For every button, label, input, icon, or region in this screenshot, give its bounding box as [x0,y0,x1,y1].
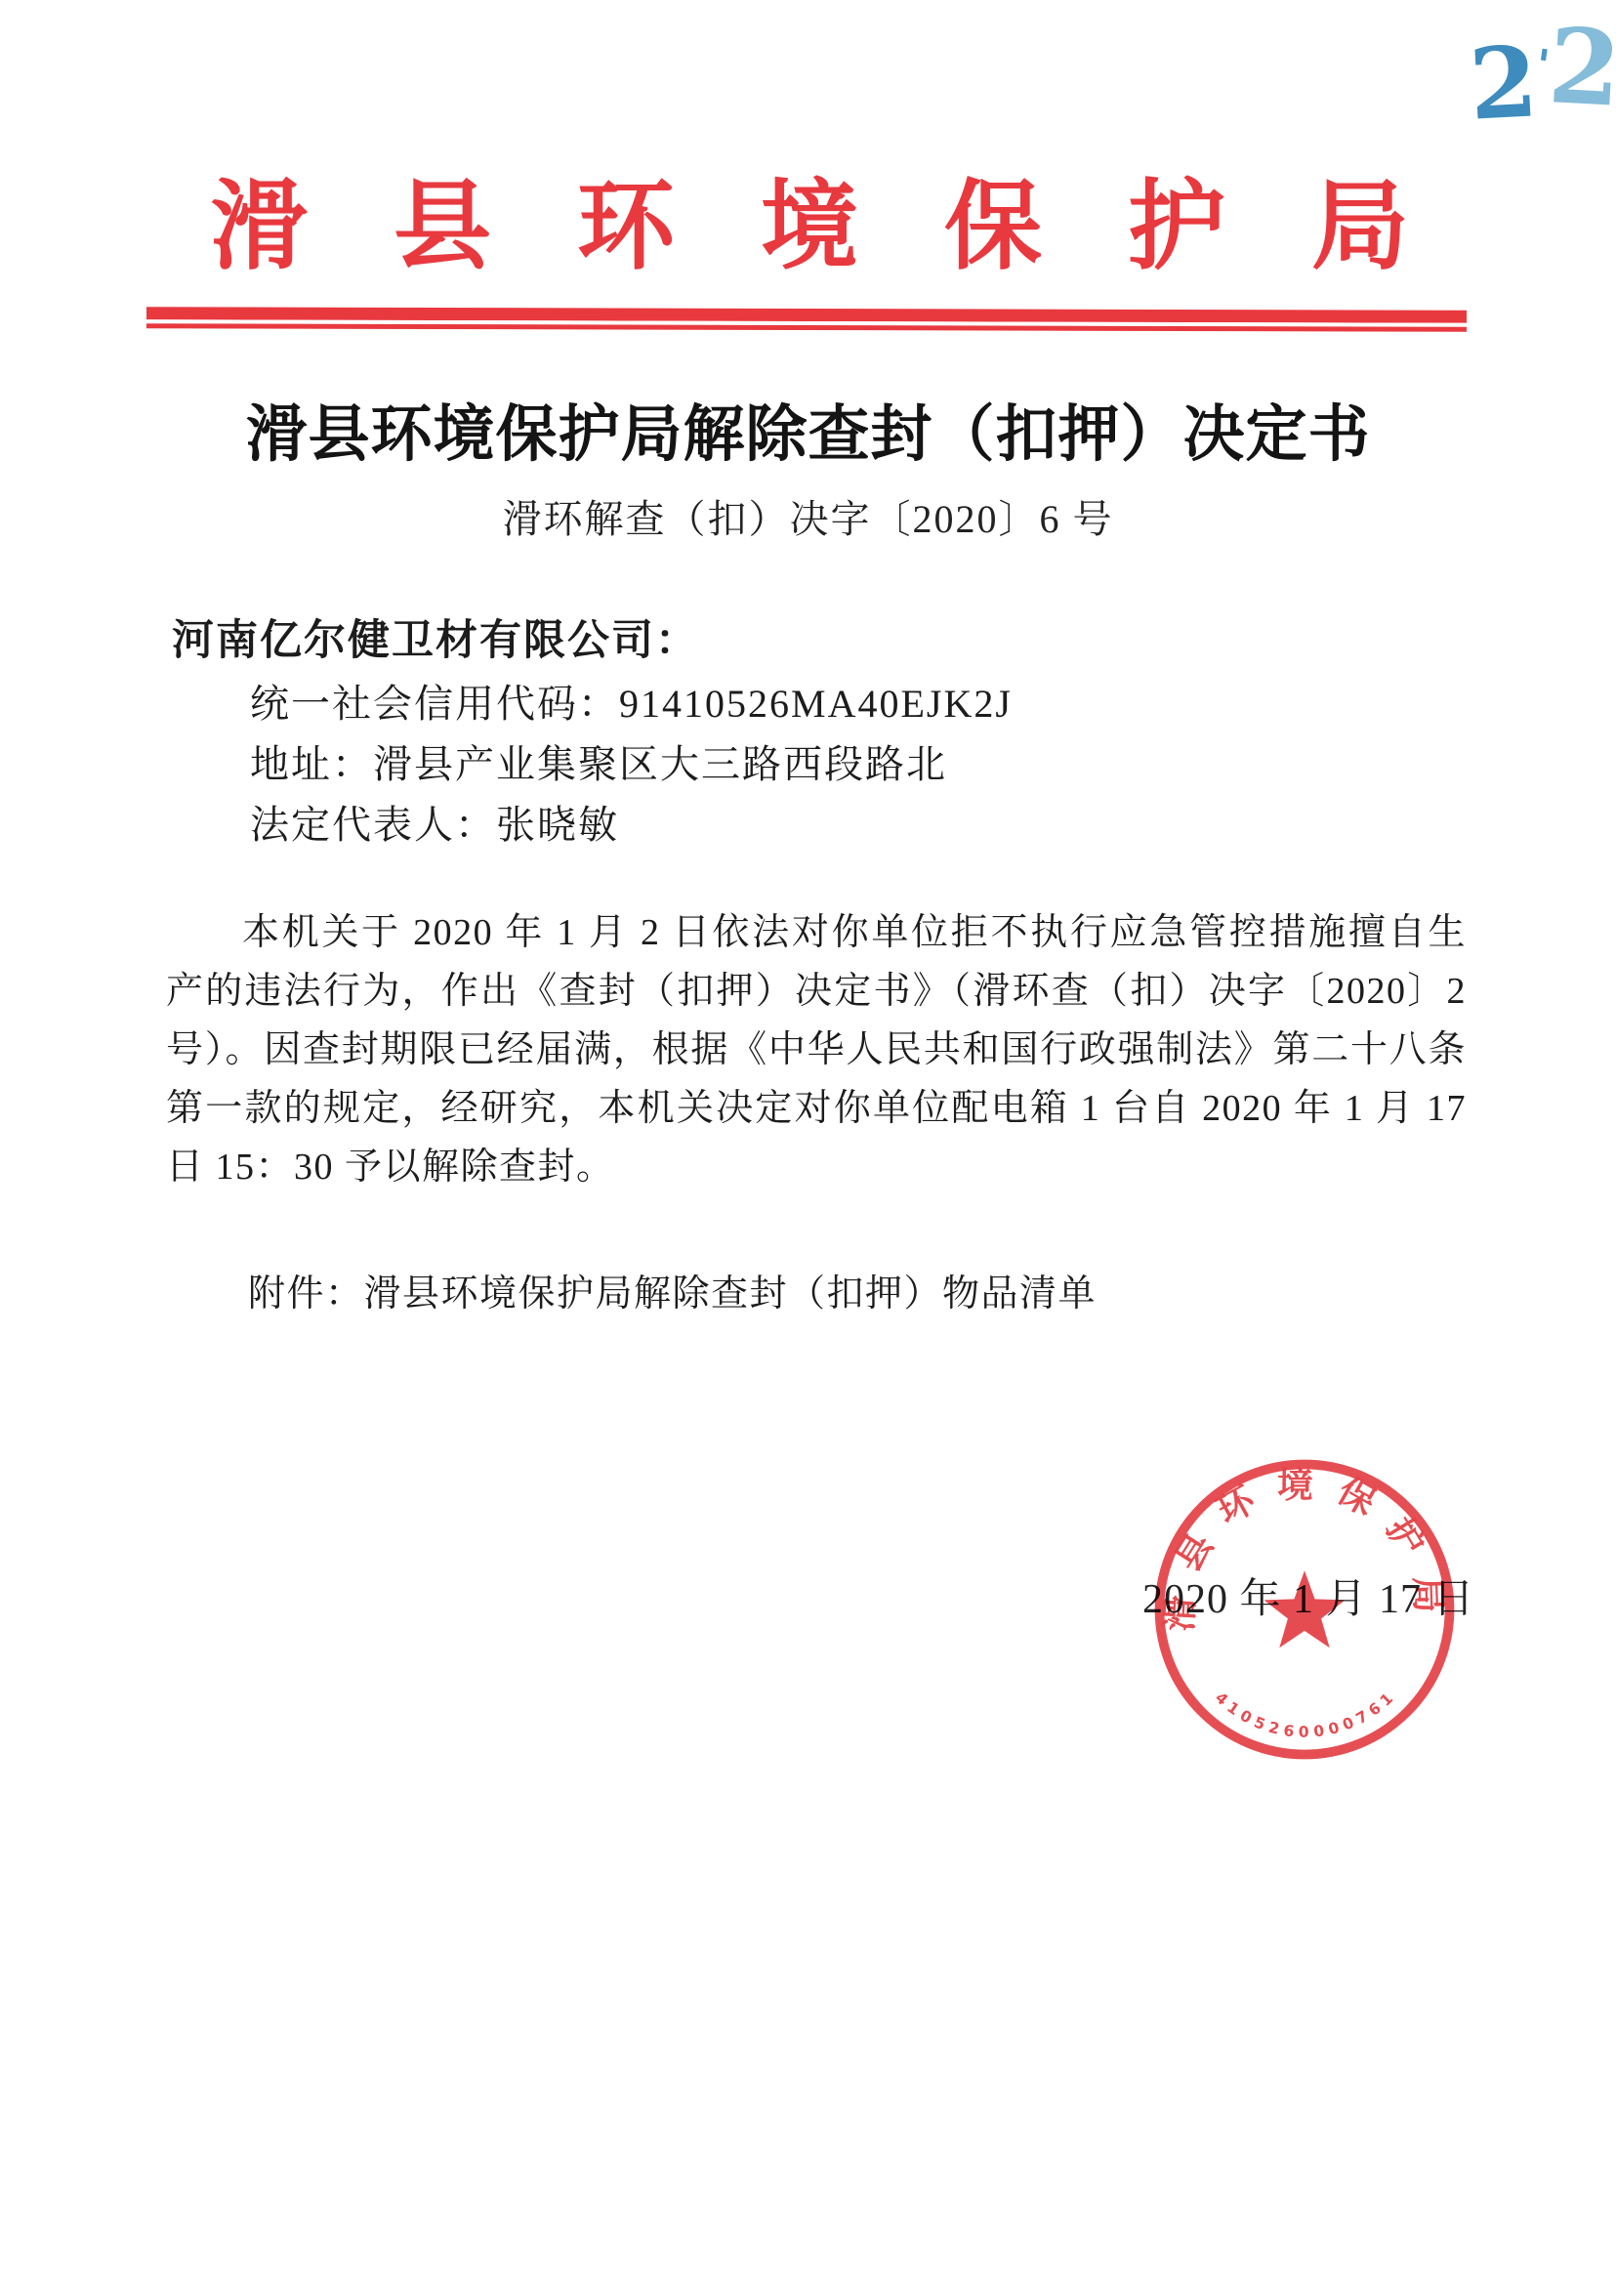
attachment-line: 附件：滑县环境保护局解除查封（扣押）物品清单 [248,1263,1097,1316]
document-number: 滑环解查（扣）决字〔2020〕6 号 [0,488,1616,544]
document-title: 滑县环境保护局解除查封（扣押）决定书 [0,385,1616,474]
letterhead-divider-rule [146,307,1467,332]
recipient-name: 河南亿尔健卫材有限公司： [172,607,699,667]
page-number-first: 2 [1467,23,1541,142]
legal-representative-line: 法定代表人：张晓敏 [250,795,1013,856]
official-seal: 滑县环境保护局 4105260000761 [1143,1448,1466,1771]
scanned-official-document: { "page_corner": { "first": "2", "tick":… [0,0,1616,2296]
official-seal-graphic: 滑县环境保护局 4105260000761 [1143,1448,1466,1771]
decision-body-paragraph: 本机关于 2020 年 1 月 2 日依法对你单位拒不执行应急管控措施擅自生产的… [166,903,1467,1196]
page-number-stamp: 2 ' 2 [1470,20,1616,146]
address-line: 地址：滑县产业集聚区大三路西段路北 [250,734,1013,795]
seal-star-icon [1264,1570,1345,1648]
recipient-info-block: 统一社会信用代码：91410526MA40EJK2J 地址：滑县产业集聚区大三路… [250,674,1013,856]
page-number-second: 2 [1546,4,1616,130]
letterhead-agency-name: 滑县环境保护局 [210,174,1616,281]
credit-code-line: 统一社会信用代码：91410526MA40EJK2J [250,674,1013,734]
